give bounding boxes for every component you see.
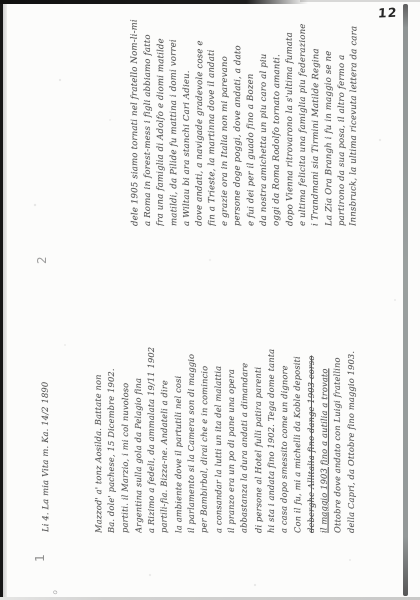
manuscript-line: fin a Trieste, la martinna dove il andat…	[206, 2, 220, 226]
manuscript-line: Innsbruck, la ultima ricevuta lettera da…	[348, 2, 362, 226]
manuscript-line: partirono da sua posa, il altro fermo a	[336, 2, 349, 226]
manuscript-line: il parlamento si la Camera son di maggio	[185, 325, 198, 533]
manuscript-line: fra una famiglia di Adolfo e diomi matil…	[154, 2, 168, 226]
manuscript-line: e grazie ora in Italia non mi parevano	[219, 2, 232, 226]
manuscript-line: hi sta i andata fino 1902. Tega dome tan…	[265, 325, 278, 533]
manuscript-line: matildi, da Pilide fu mattina i domi vor…	[167, 2, 181, 226]
manuscript-line: il pranzo era un po di pane una opera	[225, 325, 238, 533]
manuscript-line: Ba. dole' pachese, 15 Dicembre 1902.	[105, 325, 118, 533]
manuscript-line: della Capri, da Ottobre fino maggio 1903…	[345, 325, 358, 533]
manuscript-line: di persone al Hotel fulli patira parenti	[251, 325, 265, 533]
manuscript-line: da nostra amichetta un piu caro al piu	[258, 2, 271, 226]
manuscript-line: a Rizimo a fedeli, da ammalata 19/11 190…	[145, 325, 158, 533]
manuscript-line: partiti. il Marzio, i mi col nuvoloso	[118, 325, 132, 533]
manuscript-line: abbastanza la dura andati a dimandare	[238, 325, 252, 533]
manuscript-line: i Trandmani sia Tirmini Matilde Regina	[309, 2, 323, 226]
scanned-manuscript-page: 12 dele 1905 siamo tornati nel fratello …	[0, 0, 420, 600]
pencil-section-mark-2: 2	[35, 248, 51, 264]
manuscript-line: Ottobre dove andato con Luigi fratellino	[331, 325, 345, 533]
handwritten-heading-line: Li 4. La mia Vita m. Ka. 14/2 1890	[38, 370, 52, 532]
handwritten-paragraph-1: Mazzod' a' tonz Aosilda. Battate nonBa. …	[92, 325, 358, 533]
manuscript-line: deberghe Allitalia fino dange 1903 corso	[305, 325, 318, 533]
manuscript-line: a Roma in forest-mess i figli abbiamo fa…	[142, 2, 155, 226]
manuscript-line: La Zia Ora Brangh i fu in maggio se ne	[322, 2, 336, 226]
manuscript-line: partili-fia. Bizza-ne. Andateli a dire	[158, 325, 172, 533]
handwritten-paragraph-2: dele 1905 siamo tornati nel fratello Nom…	[129, 2, 361, 226]
manuscript-line: e ultima felicita una famiglia piu feder…	[297, 2, 310, 226]
manuscript-line: per Bambirbal, dirai che e in comincio	[198, 325, 212, 533]
manuscript-line: a Wiltau bi ara stanchi Cari Adieu.	[181, 2, 194, 226]
page-number: 12	[378, 4, 401, 21]
manuscript-line: il maggio 1903 fino a autilia a trovato	[318, 325, 332, 533]
manuscript-line: dele 1905 siamo tornati nel fratello Nom…	[129, 2, 143, 226]
pencil-small-mark: o	[51, 584, 64, 597]
scan-edge-left-shadow	[3, 0, 8, 600]
manuscript-line: Mazzod' a' tonz Aosilda. Battate non	[92, 325, 106, 533]
manuscript-line: Li 4. La mia Vita m. Ka. 14/2 1890	[38, 370, 53, 532]
binding-shadow-band	[403, 4, 408, 596]
scan-edge-bottom	[0, 597, 420, 600]
manuscript-line: persone doge poggi, dove andati, a dato	[232, 2, 246, 226]
manuscript-line: a consandar la lutti un ita del malattia	[211, 325, 225, 533]
pencil-section-mark-1: 1	[32, 546, 48, 562]
manuscript-line: Argentina sulla gola da Pelagio fina	[132, 325, 146, 533]
manuscript-line: e fui dei per il guado fino a Bozen	[245, 2, 259, 226]
manuscript-line: Con il fu, mi a michelli da Koble deposi…	[291, 325, 305, 533]
manuscript-line: oggi da Roma Rodolfo tornato amanti.	[270, 2, 284, 226]
manuscript-line: dopo Vienna ritrovarono la s'ultima fuma…	[283, 2, 297, 226]
manuscript-line: la ambiente dove il partutili nel cosi	[171, 325, 185, 533]
